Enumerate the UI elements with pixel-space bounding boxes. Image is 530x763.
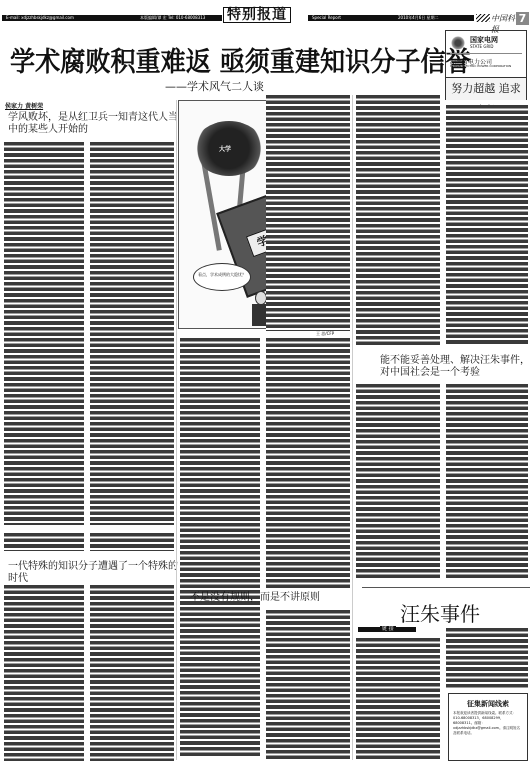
stripes-decoration-icon [476,14,490,22]
header-section-en: Special Report [312,15,341,21]
illustration-credit: 王 思/CFP [316,331,334,337]
body-column-2b [90,585,174,761]
notice-title: 征集新闻线索 [449,699,527,709]
section-heading-4: 不是没有规则，而是不讲原则 [190,592,350,604]
body-column-5b [446,105,528,345]
body-column-1b [90,142,174,525]
event-column-b [446,628,528,688]
article-subtitle: ——学术风气二人谈 [165,78,264,94]
ad-company-en: HUNAN ELECTRIC POWER CORPORATION [450,64,511,68]
body-column-1b-tail [90,533,174,551]
label-university: 大学 [219,144,231,153]
ad-slogan: 努力超越 追求卓越 [446,77,526,100]
header-contact: 本版编辑/谭 宏 Tel: 010-68008313 [140,15,205,21]
event-divider [362,587,530,588]
body-column-6a [356,384,440,580]
section-heading-2: 一代特殊的知识分子遭遇了一个特殊的时代 [8,561,178,585]
byline: 侯家力 黄树荣 [5,101,43,110]
body-column-4 [266,610,350,760]
body-column-1a-tail [4,533,84,551]
body-column-6b [446,384,528,580]
header-email: E-mail: xdjzzhbskjdkz@gmail.com [6,15,74,21]
header-date: 2010年4月6日 星期二 [398,15,439,21]
event-column-a [356,638,440,760]
body-column-1a [4,142,84,525]
ad-divider [450,53,522,54]
state-grid-logo-icon [451,36,465,50]
ad-brand-en: STATE GRID [470,44,493,49]
section-heading-3: 能不能妥善处理、解决汪朱事件，对中国社会是一个考验 [380,355,530,379]
body-column-5a [356,95,440,345]
article-title: 学术腐败积重难返 亟须重建知识分子信誉 [10,40,471,79]
link-label: 链 接 [380,626,396,632]
column-divider [352,95,353,760]
body-column-3a [180,338,260,758]
column-divider [176,100,177,760]
body-column-2a [4,585,84,761]
section-heading-1: 学风败坏，是从红卫兵一知青这代人当中的某些人开始的 [8,112,178,136]
notice-body: 本报欢迎读者提供新闻线索。联系方式：010-68008313，68008299，… [453,711,523,736]
page-number: 7 [516,12,529,25]
event-title: 汪朱事件 [400,598,480,627]
body-column-3b-top [266,95,350,331]
body-column-3b [266,338,350,588]
speech-bubble: 看点，学术成例的大隐忧？ [193,263,251,291]
advertisement: 国家电网 STATE GRID 湖南省电力公司 HUNAN ELECTRIC P… [445,30,527,100]
section-title: 特别报道 [223,7,291,23]
news-tip-notice: 征集新闻线索 本报欢迎读者提供新闻线索。联系方式：010-68008313，68… [448,693,528,761]
